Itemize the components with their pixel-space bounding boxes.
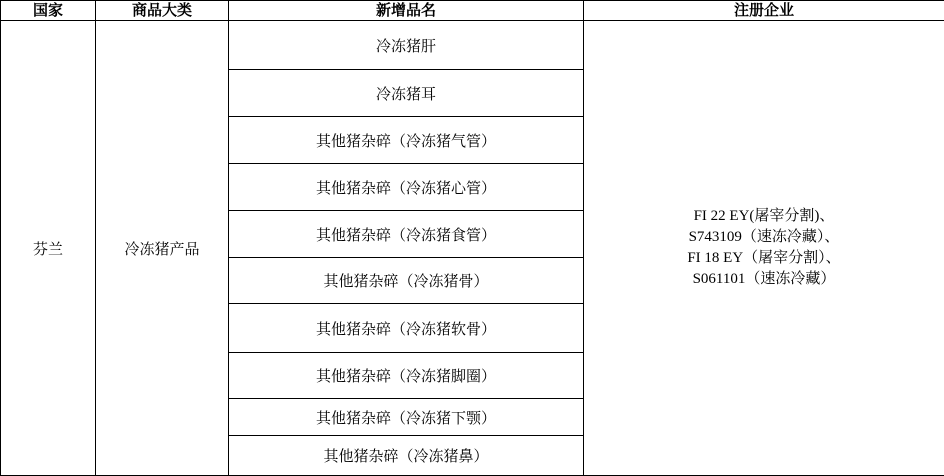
product-cell: 其他猪杂碎（冷冻猪脚圈） <box>229 353 584 399</box>
product-registration-table: 国家 商品大类 新增品名 注册企业 芬兰 冷冻猪产品 冷冻猪肝 FI 22 EY… <box>0 0 944 476</box>
product-cell: 其他猪杂碎（冷冻猪软骨） <box>229 304 584 353</box>
enterprise-line: S743109（速冻冷藏）、 <box>588 227 940 248</box>
header-category: 商品大类 <box>96 1 229 21</box>
enterprise-line: FI 22 EY(屠宰分割)、 <box>588 206 940 227</box>
product-cell: 其他猪杂碎（冷冻猪气管） <box>229 117 584 164</box>
enterprise-line: FI 18 EY（屠宰分割）、 <box>588 248 940 269</box>
product-cell: 冷冻猪肝 <box>229 21 584 70</box>
header-country: 国家 <box>1 1 96 21</box>
product-cell: 其他猪杂碎（冷冻猪鼻） <box>229 436 584 476</box>
product-cell: 其他猪杂碎（冷冻猪下颚） <box>229 399 584 436</box>
registration-table-page: 国家 商品大类 新增品名 注册企业 芬兰 冷冻猪产品 冷冻猪肝 FI 22 EY… <box>0 0 944 475</box>
header-registered-enterprise: 注册企业 <box>584 1 944 21</box>
country-cell: 芬兰 <box>1 21 96 476</box>
enterprise-line: S061101（速冻冷藏） <box>588 269 940 290</box>
product-cell: 其他猪杂碎（冷冻猪心管） <box>229 164 584 211</box>
category-cell: 冷冻猪产品 <box>96 21 229 476</box>
product-cell: 冷冻猪耳 <box>229 70 584 117</box>
product-cell: 其他猪杂碎（冷冻猪食管） <box>229 211 584 258</box>
header-product-name: 新增品名 <box>229 1 584 21</box>
product-cell: 其他猪杂碎（冷冻猪骨） <box>229 258 584 304</box>
table-row: 芬兰 冷冻猪产品 冷冻猪肝 FI 22 EY(屠宰分割)、 S743109（速冻… <box>1 21 944 70</box>
enterprise-cell: FI 22 EY(屠宰分割)、 S743109（速冻冷藏）、 FI 18 EY（… <box>584 21 944 476</box>
header-row: 国家 商品大类 新增品名 注册企业 <box>1 1 944 21</box>
